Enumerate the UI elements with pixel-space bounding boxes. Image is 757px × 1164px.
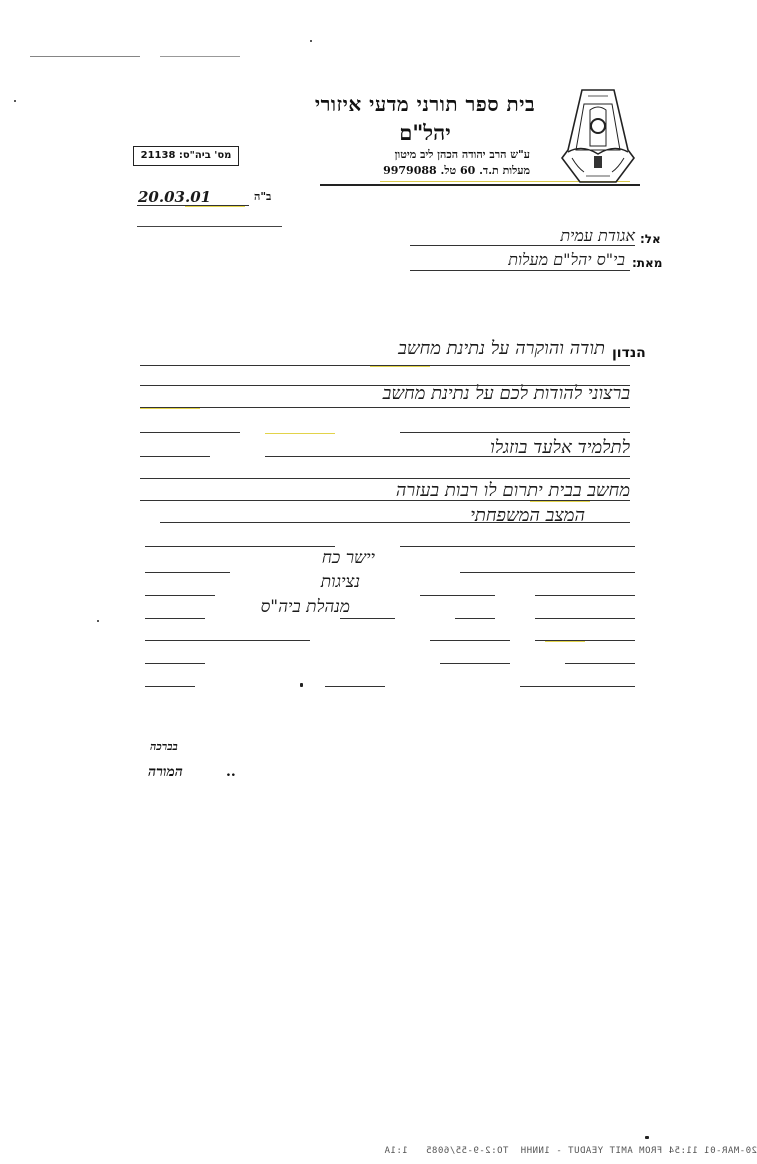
blank-rule — [137, 226, 282, 227]
rule-line — [145, 546, 335, 547]
rule-line — [140, 407, 630, 408]
school-address: מעלות ת.ד. 60 טל. 9979088 — [330, 164, 530, 177]
closing-line: מנהלת ביה"ס — [145, 597, 350, 617]
closing-line: יישר כח — [145, 548, 375, 568]
from-label: מאת: — [632, 256, 662, 270]
scan-artifact-line — [160, 56, 240, 57]
letterhead-divider — [320, 184, 640, 186]
closing-greeting: בברכה — [150, 740, 178, 753]
date-rule-highlight — [185, 206, 245, 207]
rule-line — [400, 432, 630, 433]
scan-speck — [645, 1136, 649, 1139]
school-number-value: 21138 — [141, 150, 176, 161]
rule-line — [140, 478, 630, 479]
subject-value: תודה והוקרה על נתינת מחשב — [145, 338, 605, 359]
rule-line — [145, 640, 310, 641]
scan-speck — [310, 40, 312, 42]
scan-speck — [300, 683, 303, 687]
rule-line — [535, 595, 635, 596]
to-rule — [410, 245, 635, 246]
rule-line — [535, 618, 635, 619]
body-line: לתלמיד אלעד בוזגלו — [145, 437, 630, 458]
school-number-label: מס' ביה"ס: — [179, 150, 232, 161]
rule-highlight — [265, 433, 335, 434]
signer-title: המורה — [148, 764, 183, 781]
rule-line — [420, 595, 495, 596]
school-number-box: מס' ביה"ס: 21138 — [133, 146, 239, 166]
rule-line — [145, 618, 205, 619]
rule-line — [400, 546, 635, 547]
rule-highlight — [140, 408, 200, 409]
from-value: בי"ס יהל"ם מעלות — [420, 250, 625, 270]
closing-line: נציגות — [145, 572, 360, 592]
rule-highlight — [545, 641, 585, 642]
school-acronym: יהל"ם — [330, 120, 520, 146]
scan-artifact-line — [30, 56, 140, 57]
rule-highlight — [530, 501, 590, 502]
rule-line — [565, 663, 635, 664]
school-logo-icon — [560, 88, 636, 184]
rule-line — [460, 572, 635, 573]
rule-line — [140, 432, 240, 433]
signature-dots: .. — [226, 764, 236, 780]
scan-speck — [14, 100, 16, 102]
to-value: אגודת עמית — [430, 226, 635, 246]
rule-line — [145, 595, 215, 596]
date-value: 20.03.01 — [138, 188, 211, 206]
rule-line — [140, 456, 210, 457]
rule-line — [430, 640, 510, 641]
from-rule — [410, 270, 630, 271]
subject-label: הנדון — [612, 345, 646, 361]
rule-line — [145, 572, 230, 573]
rule-line — [455, 618, 495, 619]
school-dedication: ע"ש הרב יהודה הכהן ליב מיטון — [330, 148, 530, 161]
body-line: מחשב בבית יתרום לו רבות בעזרה — [145, 480, 630, 501]
rule-line — [340, 618, 395, 619]
rule-line — [140, 385, 630, 386]
rule-line — [265, 456, 630, 457]
rule-line — [440, 663, 510, 664]
body-line: ברצוני להודות לכם על נתינת מחשב — [145, 383, 630, 404]
fax-transmission-footer: 20-MAR-01 11:54 FROM AMIT YEADUT - 1NNHH… — [0, 1146, 757, 1156]
rule-line — [520, 686, 635, 687]
rule-line — [145, 686, 195, 687]
scan-speck — [97, 620, 99, 622]
school-name: בית ספר תורני מדעי איזורי — [305, 92, 545, 117]
rule-highlight — [370, 366, 430, 367]
rule-line — [145, 663, 205, 664]
date-label: ב"ה — [254, 190, 271, 203]
to-label: אל: — [640, 232, 661, 246]
rule-line — [160, 522, 630, 523]
rule-line — [325, 686, 385, 687]
